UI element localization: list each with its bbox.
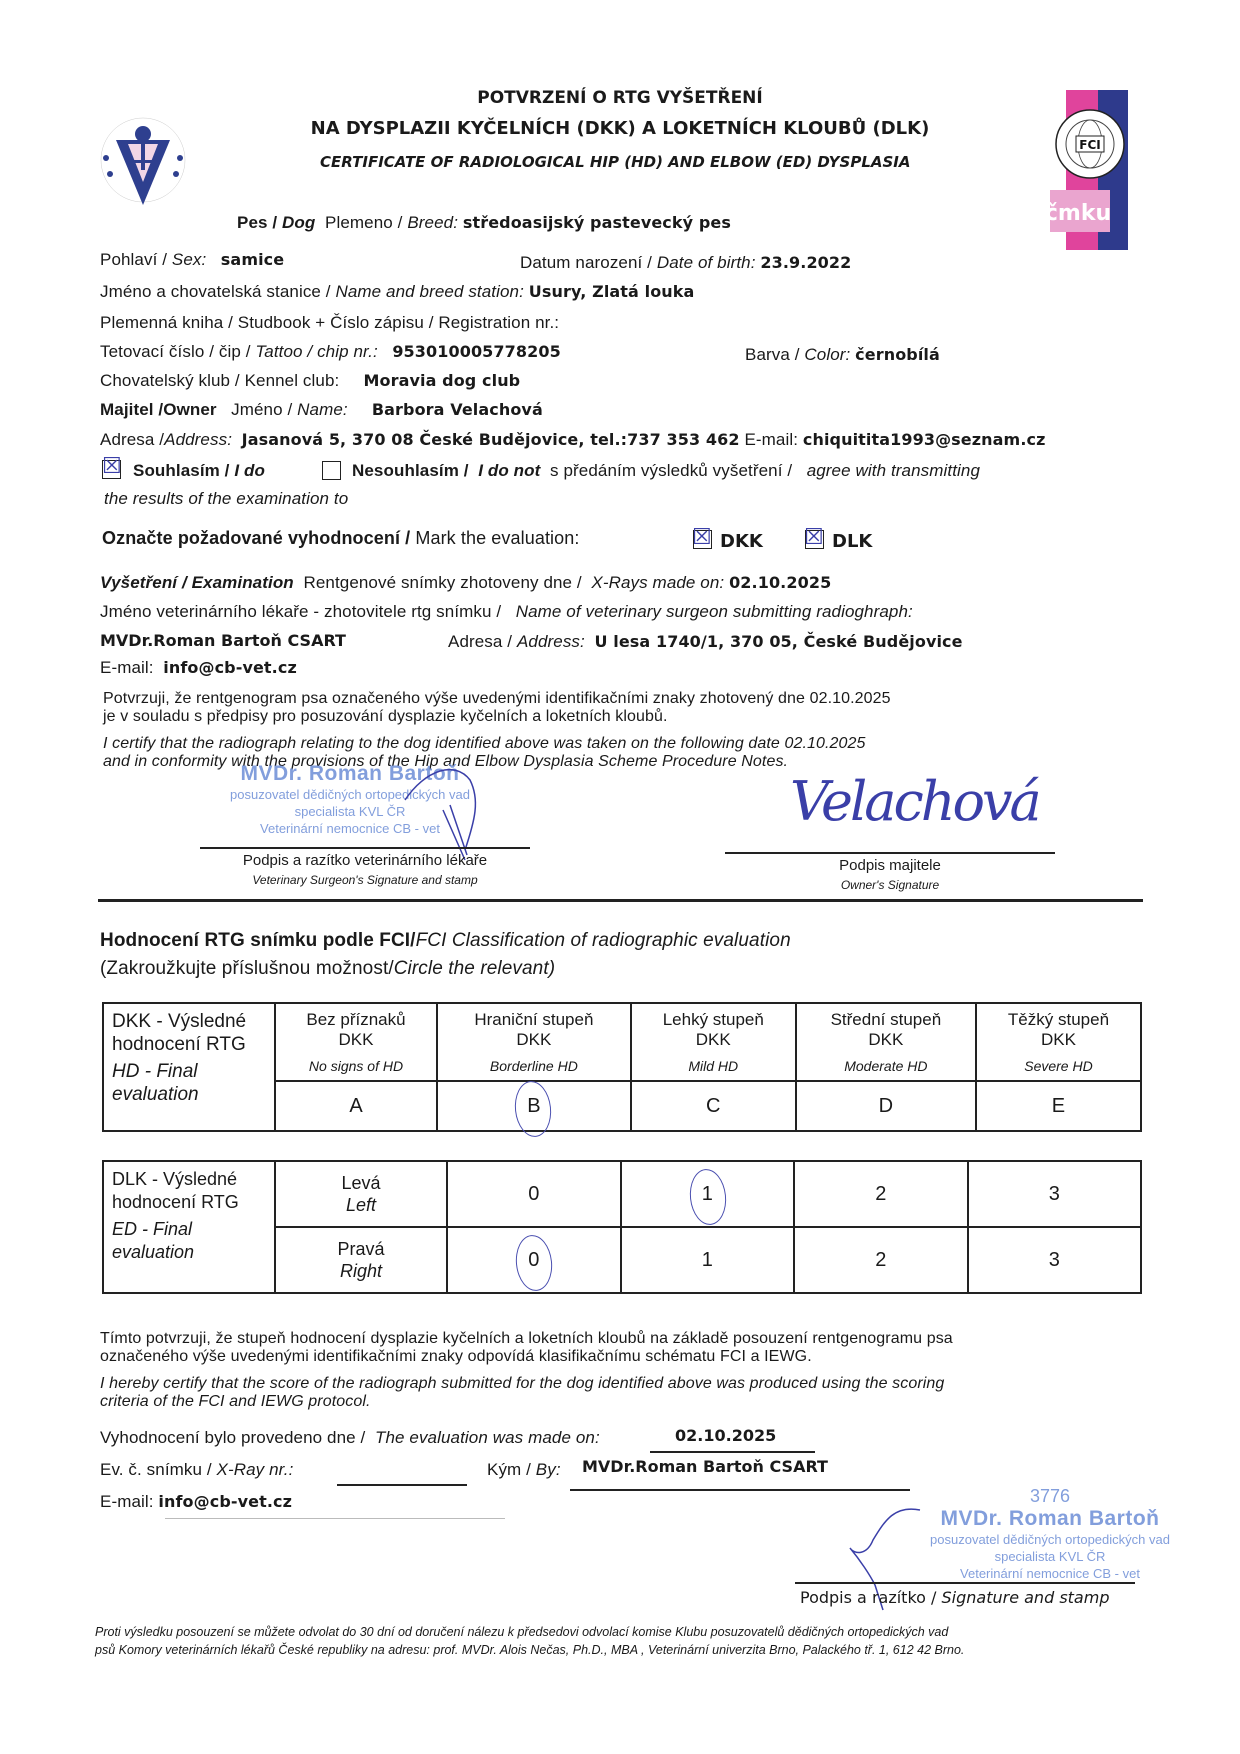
vet-signature-caption: Podpis a razítko veterinárního lékaře Ve… xyxy=(200,852,530,887)
studbook-row: Plemenná kniha / Studbook + Číslo zápisu… xyxy=(100,313,559,333)
dog-name-value: Usury, Zlatá louka xyxy=(529,282,695,301)
owner-email-value: chiquitita1993@seznam.cz xyxy=(803,430,1046,449)
hd-grade-d[interactable]: D xyxy=(796,1081,976,1131)
ed-right-score-0[interactable]: 0 xyxy=(447,1227,621,1293)
evaluated-by-label: Kým / By: xyxy=(487,1460,561,1480)
svg-text:čmku: čmku xyxy=(1050,201,1111,226)
hd-grade-c[interactable]: C xyxy=(631,1081,796,1131)
evaluation-date-row: Vyhodnocení bylo provedeno dne / The eva… xyxy=(100,1428,600,1448)
vet-name-label-row: Jméno veterinárního lékaře - zhotovitele… xyxy=(100,602,913,622)
owner-address-row: Adresa /Address: Jasanová 5, 370 08 Česk… xyxy=(100,430,1046,450)
circled-grade: 0 xyxy=(528,1249,539,1272)
club-value: Moravia dog club xyxy=(363,371,520,390)
club-row: Chovatelský klub / Kennel club: Moravia … xyxy=(100,371,520,391)
dkk-label: DKK xyxy=(720,531,763,552)
fci-cmku-logo: FCI čmku xyxy=(1050,90,1132,250)
hd-column-a: Bez příznakůDKKNo signs of HD xyxy=(275,1003,437,1081)
evaluation-email-row: E-mail: info@cb-vet.cz xyxy=(100,1492,292,1512)
agree-label: Souhlasím / I do xyxy=(133,461,265,481)
evaluation-email-value: info@cb-vet.cz xyxy=(158,1492,292,1511)
evaluation-date-value: 02.10.2025 xyxy=(675,1426,776,1445)
dob-row: Datum narození / Date of birth: 23.9.202… xyxy=(520,253,851,273)
vet-signature-line xyxy=(200,847,530,849)
evaluator-signature-caption: Podpis a razítko / Signature and stamp xyxy=(800,1588,1109,1607)
owner-name-value: Barbora Velachová xyxy=(372,400,543,419)
hd-grade-e[interactable]: E xyxy=(976,1081,1141,1131)
checkmark-icon: ☒ xyxy=(102,456,122,478)
vet-email-row: E-mail: info@cb-vet.cz xyxy=(100,658,297,678)
checkmark-icon: ☒ xyxy=(804,527,824,549)
hd-column-d: Střední stupeňDKKModerate HD xyxy=(796,1003,976,1081)
chip-row: Tetovací číslo / čip / Tattoo / chip nr.… xyxy=(100,342,561,362)
circled-grade: B xyxy=(527,1095,540,1118)
checkmark-icon: ☒ xyxy=(692,527,712,549)
evaluation-date-line xyxy=(650,1451,815,1453)
sex-row: Pohlaví / Sex: samice xyxy=(100,250,284,270)
color-row: Barva / Color: černobílá xyxy=(745,345,940,365)
evaluation-request-label: Označte požadované vyhodnocení / Mark th… xyxy=(102,528,579,549)
ed-left-label: LeváLeft xyxy=(275,1161,447,1227)
owner-row: Majitel /Owner Jméno / Name: Barbora Vel… xyxy=(100,400,543,420)
classification-title: Hodnocení RTG snímku podle FCI/FCI Class… xyxy=(100,930,791,952)
hd-grading-table: DKK - Výsledné hodnocení RTG HD - Final … xyxy=(102,1002,1142,1132)
hd-row-header: DKK - Výsledné hodnocení RTG HD - Final … xyxy=(103,1003,275,1131)
hd-column-e: Těžký stupeňDKKSevere HD xyxy=(976,1003,1141,1081)
ed-left-score-3[interactable]: 3 xyxy=(968,1161,1142,1227)
certification-czech: Potvrzuji, že rentgenogram psa označenéh… xyxy=(103,690,891,726)
xray-date-row: Vyšetření / Examination Rentgenové snímk… xyxy=(100,573,831,593)
hd-grade-b[interactable]: B xyxy=(437,1081,631,1131)
footer-appeal-note-line2: psů Komory veterinárních lékařů České re… xyxy=(95,1643,964,1657)
xray-nr-field[interactable] xyxy=(337,1484,467,1486)
vet-name-value: MVDr.Roman Bartoň CSART xyxy=(100,631,346,650)
footer-appeal-note-line1: Proti výsledku posouzení se můžete odvol… xyxy=(95,1625,948,1639)
email-line xyxy=(165,1518,505,1519)
consent-text-continued: the results of the examination to xyxy=(104,489,348,509)
breed-value: středoasijský pastevecký pes xyxy=(463,213,731,232)
owner-signature-line xyxy=(725,852,1055,854)
owner-address-value: Jasanová 5, 370 08 České Budějovice, tel… xyxy=(242,430,740,449)
dog-breed-row: Pes / Dog Plemeno / Breed: středoasijský… xyxy=(237,213,731,233)
vet-email-value: info@cb-vet.cz xyxy=(163,658,297,677)
owner-signature-caption: Podpis majitele Owner's Signature xyxy=(725,857,1055,892)
ed-grading-table: DLK - Výsledné hodnocení RTG ED - Final … xyxy=(102,1160,1142,1294)
xray-date-value: 02.10.2025 xyxy=(729,573,831,592)
hd-column-c: Lehký stupeňDKKMild HD xyxy=(631,1003,796,1081)
hd-column-b: Hraniční stupeňDKKBorderline HD xyxy=(437,1003,631,1081)
disagree-checkbox[interactable] xyxy=(322,461,341,480)
ed-row-header: DLK - Výsledné hodnocení RTG ED - Final … xyxy=(103,1161,275,1293)
ed-right-score-1[interactable]: 1 xyxy=(621,1227,795,1293)
color-value: černobílá xyxy=(855,345,940,364)
final-certification-czech: Tímto potvrzuji, že stupeň hodnocení dys… xyxy=(100,1330,953,1366)
ed-right-label: PraváRight xyxy=(275,1227,447,1293)
ed-right-score-3[interactable]: 3 xyxy=(968,1227,1142,1293)
evaluated-by-value: MVDr.Roman Bartoň CSART xyxy=(582,1457,828,1476)
final-certification-english: I hereby certify that the score of the r… xyxy=(100,1375,944,1411)
hd-grade-a[interactable]: A xyxy=(275,1081,437,1131)
name-row: Jméno a chovatelská stanice / Name and b… xyxy=(100,282,694,302)
chip-value: 953010005778205 xyxy=(392,342,561,361)
svg-text:FCI: FCI xyxy=(1079,138,1100,152)
ed-left-score-1[interactable]: 1 xyxy=(621,1161,795,1227)
vet-address-value: U lesa 1740/1, 370 05, České Budějovice xyxy=(595,632,963,651)
ed-left-score-0[interactable]: 0 xyxy=(447,1161,621,1227)
title-english: CERTIFICATE OF RADIOLOGICAL HIP (HD) AND… xyxy=(320,153,911,171)
ed-left-score-2[interactable]: 2 xyxy=(794,1161,968,1227)
evaluated-by-line xyxy=(570,1489,910,1491)
disagree-label: Nesouhlasím / I do not s předáním výsled… xyxy=(352,461,980,481)
dlk-label: DLK xyxy=(832,531,872,552)
evaluator-signature-line xyxy=(795,1582,1135,1584)
vet-address-row: Adresa / Address: U lesa 1740/1, 370 05,… xyxy=(448,632,963,652)
circled-grade: 1 xyxy=(702,1183,713,1206)
section-divider xyxy=(98,899,1143,902)
xray-nr-row: Ev. č. snímku / X-Ray nr.: xyxy=(100,1460,293,1480)
dob-value: 23.9.2022 xyxy=(760,253,851,272)
owner-signature: Velachová xyxy=(790,770,1039,833)
classification-subtitle: (Zakroužkujte příslušnou možnost/Circle … xyxy=(100,958,555,980)
sex-value: samice xyxy=(221,250,284,269)
ed-right-score-2[interactable]: 2 xyxy=(794,1227,968,1293)
